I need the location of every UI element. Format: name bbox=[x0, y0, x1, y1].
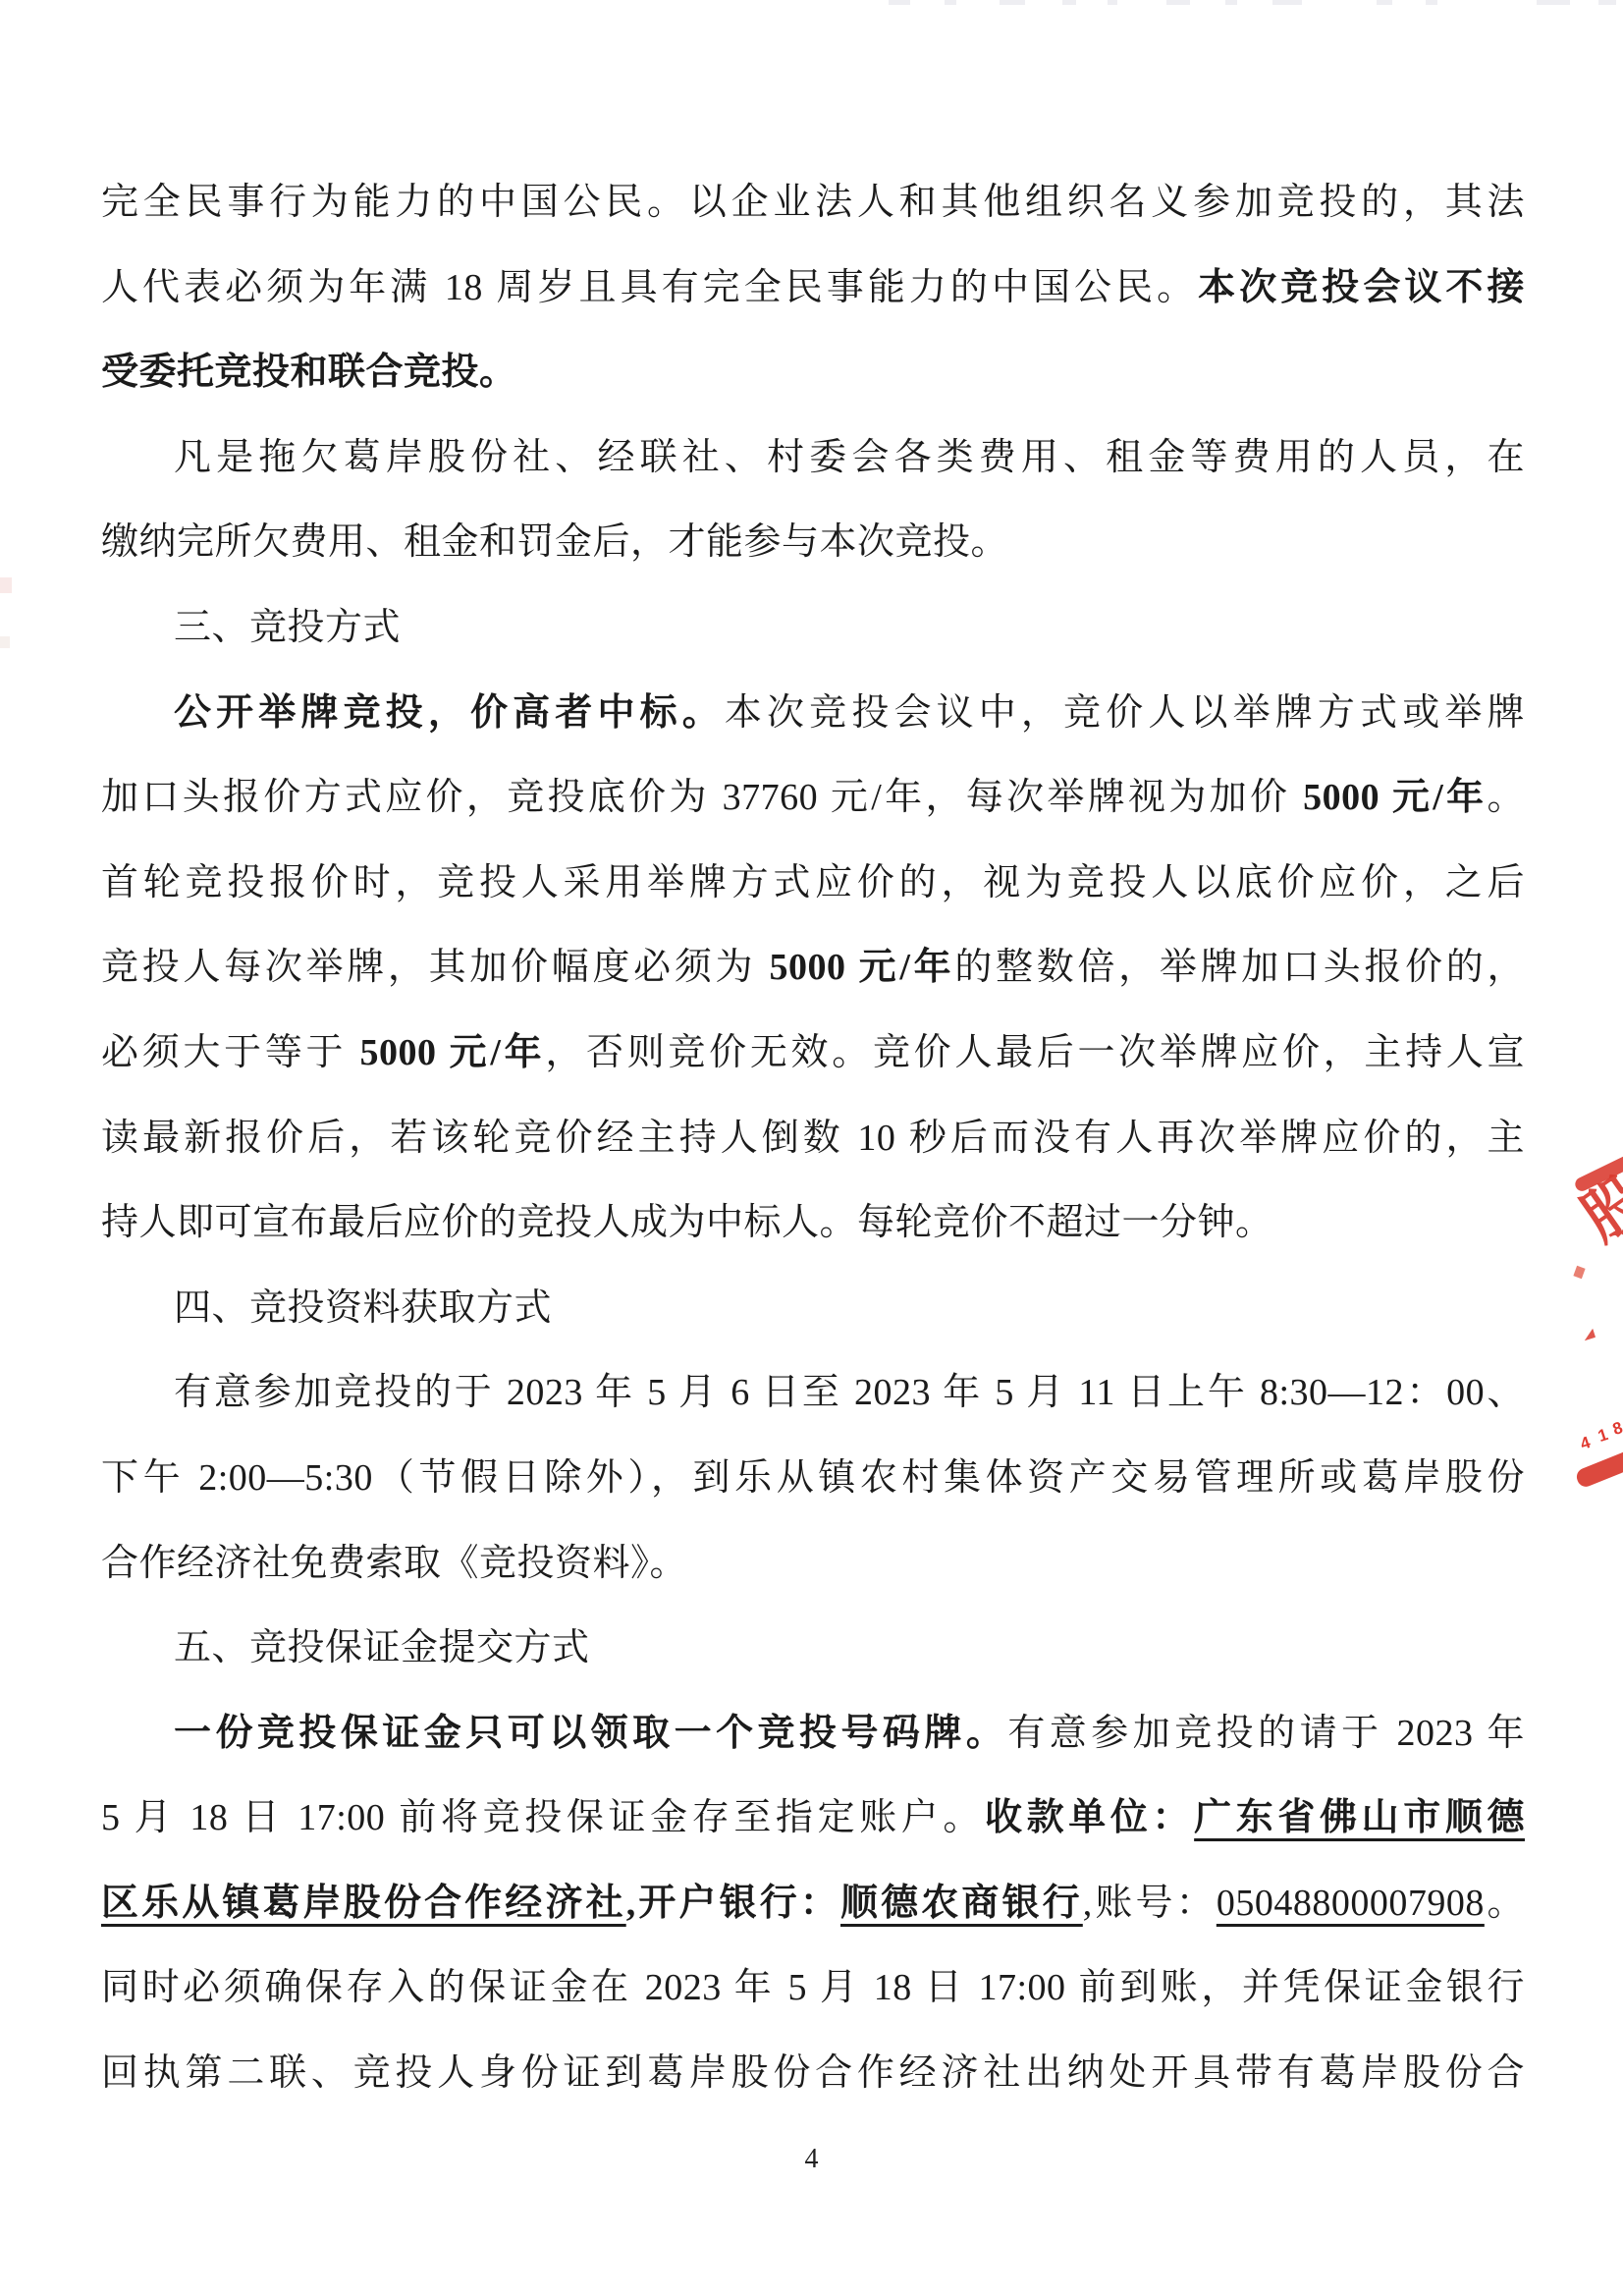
document-text: 完全民事行为能力的中国公民。以企业法人和其他组织名义参加竞投的，其法人代表必须为… bbox=[101, 160, 1525, 2116]
text-segment: 一份竞投保证金只可以领取一个竞投号码牌。 bbox=[174, 1713, 1007, 1754]
text-segment: 开户银行： bbox=[636, 1883, 840, 1924]
document-line: 五、竞投保证金提交方式 bbox=[101, 1606, 1525, 1691]
text-segment: 五、竞投保证金提交方式 bbox=[174, 1627, 590, 1668]
document-line: 读最新报价后，若该轮竞价经主持人倒数 10 秒后而没有人再次举牌应价的，主 bbox=[101, 1096, 1525, 1181]
page-number: 4 bbox=[0, 2144, 1623, 2175]
document-line: 四、竞投资料获取方式 bbox=[101, 1266, 1525, 1351]
text-segment: 05048800007908 bbox=[1217, 1883, 1485, 1924]
text-segment: ，否则竞价无效。竞价人最后一次举牌应价，主持人宣 bbox=[545, 1032, 1525, 1073]
text-segment: 本次竞投会议中，竞价人以举牌方式或举牌 bbox=[725, 692, 1525, 734]
text-segment: 读最新报价后，若该轮竞价经主持人倒数 10 秒后而没有人再次举牌应价的，主 bbox=[101, 1118, 1525, 1159]
text-segment: 5000 元/年 bbox=[359, 1032, 545, 1073]
scan-artifact-left-edge bbox=[0, 636, 10, 648]
seal-digit: 8 bbox=[1610, 1418, 1623, 1440]
document-line: 5 月 18 日 17:00 前将竞投保证金存至指定账户。收款单位：广东省佛山市… bbox=[101, 1776, 1525, 1861]
document-line: 一份竞投保证金只可以领取一个竞投号码牌。有意参加竞投的请于 2023 年 bbox=[101, 1691, 1525, 1777]
document-line: 区乐从镇葛岸股份合作经济社,开户银行：顺德农商银行,账号：05048800007… bbox=[101, 1861, 1525, 1946]
text-segment: 人代表必须为年满 18 周岁且具有完全民事能力的中国公民。 bbox=[101, 267, 1198, 308]
document-line: 完全民事行为能力的中国公民。以企业法人和其他组织名义参加竞投的，其法 bbox=[101, 160, 1525, 246]
text-segment: 同时必须确保存入的保证金在 2023 年 5 月 18 日 17:00 前到账，… bbox=[101, 1967, 1525, 2008]
document-line: 同时必须确保存入的保证金在 2023 年 5 月 18 日 17:00 前到账，… bbox=[101, 1945, 1525, 2031]
text-segment: 有意参加竞投的于 2023 年 5 月 6 日至 2023 年 5 月 11 日… bbox=[174, 1372, 1525, 1413]
document-line: 三、竞投方式 bbox=[101, 585, 1525, 671]
seal-arc-band bbox=[1574, 1444, 1623, 1489]
seal-digit: 4 bbox=[1578, 1433, 1593, 1454]
text-segment: 区乐从镇葛岸股份合作经济社 bbox=[101, 1883, 626, 1924]
text-segment: 受委托竞投和联合竞投。 bbox=[101, 352, 517, 393]
document-page: 完全民事行为能力的中国公民。以企业法人和其他组织名义参加竞投的，其法人代表必须为… bbox=[0, 0, 1623, 2296]
document-line: 公开举牌竞投，价高者中标。本次竞投会议中，竞价人以举牌方式或举牌 bbox=[101, 671, 1525, 756]
text-segment: 顺德农商银行 bbox=[840, 1883, 1083, 1924]
seal-character: 股 bbox=[1573, 1167, 1623, 1251]
text-segment: 四、竞投资料获取方式 bbox=[174, 1287, 552, 1329]
text-segment: 三、竞投方式 bbox=[174, 607, 401, 648]
document-line: 受委托竞投和联合竞投。 bbox=[101, 330, 1525, 415]
text-segment: 。 bbox=[1485, 1883, 1525, 1924]
text-segment: 完全民事行为能力的中国公民。以企业法人和其他组织名义参加竞投的，其法 bbox=[101, 182, 1525, 223]
text-segment: 凡是拖欠葛岸股份社、经联社、村委会各类费用、租金等费用的人员，在 bbox=[174, 437, 1525, 478]
document-line: 下午 2:00—5:30（节假日除外），到乐从镇农村集体资产交易管理所或葛岸股份 bbox=[101, 1436, 1525, 1521]
red-seal-fragment-upper: 股 bbox=[1549, 1137, 1623, 1363]
text-segment: , bbox=[626, 1883, 636, 1924]
document-line: 回执第二联、竞投人身份证到葛岸股份合作经济社出纳处开具带有葛岸股份合 bbox=[101, 2031, 1525, 2116]
text-segment: 下午 2:00—5:30（节假日除外），到乐从镇农村集体资产交易管理所或葛岸股份 bbox=[101, 1457, 1525, 1499]
text-segment: ,账号： bbox=[1083, 1883, 1217, 1924]
seal-speck bbox=[1573, 1266, 1585, 1279]
document-line: 凡是拖欠葛岸股份社、经联社、村委会各类费用、租金等费用的人员，在 bbox=[101, 415, 1525, 501]
text-segment: 5 月 18 日 17:00 前将竞投保证金存至指定账户。 bbox=[101, 1797, 985, 1838]
document-line: 人代表必须为年满 18 周岁且具有完全民事能力的中国公民。本次竞投会议不接 bbox=[101, 246, 1525, 331]
text-segment: 缴纳完所欠费用、租金和罚金后，才能参与本次竞投。 bbox=[101, 521, 1008, 563]
text-segment: 广东省佛山市顺德 bbox=[1194, 1797, 1525, 1838]
document-line: 竞投人每次举牌，其加价幅度必须为 5000 元/年的整数倍，举牌加口头报价的， bbox=[101, 925, 1525, 1011]
text-segment: 必须大于等于 bbox=[101, 1032, 359, 1073]
seal-stroke bbox=[1573, 1138, 1623, 1193]
document-line: 必须大于等于 5000 元/年，否则竞价无效。竞价人最后一次举牌应价，主持人宣 bbox=[101, 1011, 1525, 1096]
text-segment: 。 bbox=[1488, 777, 1526, 818]
seal-speck bbox=[1582, 1329, 1598, 1343]
seal-digit: 1 bbox=[1596, 1425, 1610, 1447]
document-line: 缴纳完所欠费用、租金和罚金后，才能参与本次竞投。 bbox=[101, 500, 1525, 585]
text-segment: 有意参加竞投的请于 2023 年 bbox=[1007, 1713, 1525, 1754]
text-segment: 5000 元/年 bbox=[1303, 777, 1487, 818]
text-segment: 收款单位： bbox=[985, 1797, 1194, 1838]
text-segment: 竞投人每次举牌，其加价幅度必须为 bbox=[101, 947, 769, 988]
text-segment: 首轮竞投报价时，竞投人采用举牌方式应价的，视为竞投人以底价应价，之后 bbox=[101, 862, 1525, 903]
text-segment: 公开举牌竞投，价高者中标。 bbox=[174, 692, 725, 734]
red-seal-fragment-lower: 4 1 8 bbox=[1567, 1412, 1623, 1491]
text-segment: 回执第二联、竞投人身份证到葛岸股份合作经济社出纳处开具带有葛岸股份合 bbox=[101, 2052, 1525, 2094]
document-line: 加口头报价方式应价，竞投底价为 37760 元/年，每次举牌视为加价 5000 … bbox=[101, 755, 1525, 841]
document-line: 首轮竞投报价时，竞投人采用举牌方式应价的，视为竞投人以底价应价，之后 bbox=[101, 841, 1525, 926]
scan-artifact-left-edge bbox=[0, 577, 12, 593]
document-line: 合作经济社免费索取《竞投资料》。 bbox=[101, 1521, 1525, 1607]
text-segment: 合作经济社免费索取《竞投资料》。 bbox=[101, 1543, 687, 1584]
text-segment: 持人即可宣布最后应价的竞投人成为中标人。每轮竞价不超过一分钟。 bbox=[101, 1202, 1273, 1243]
text-segment: 的整数倍，举牌加口头报价的， bbox=[954, 947, 1525, 988]
text-segment: 加口头报价方式应价，竞投底价为 37760 元/年，每次举牌视为加价 bbox=[101, 777, 1303, 818]
text-segment: 5000 元/年 bbox=[769, 947, 954, 988]
document-line: 持人即可宣布最后应价的竞投人成为中标人。每轮竞价不超过一分钟。 bbox=[101, 1180, 1525, 1266]
document-line: 有意参加竞投的于 2023 年 5 月 6 日至 2023 年 5 月 11 日… bbox=[101, 1350, 1525, 1436]
text-segment: 本次竞投会议不接 bbox=[1198, 267, 1525, 308]
